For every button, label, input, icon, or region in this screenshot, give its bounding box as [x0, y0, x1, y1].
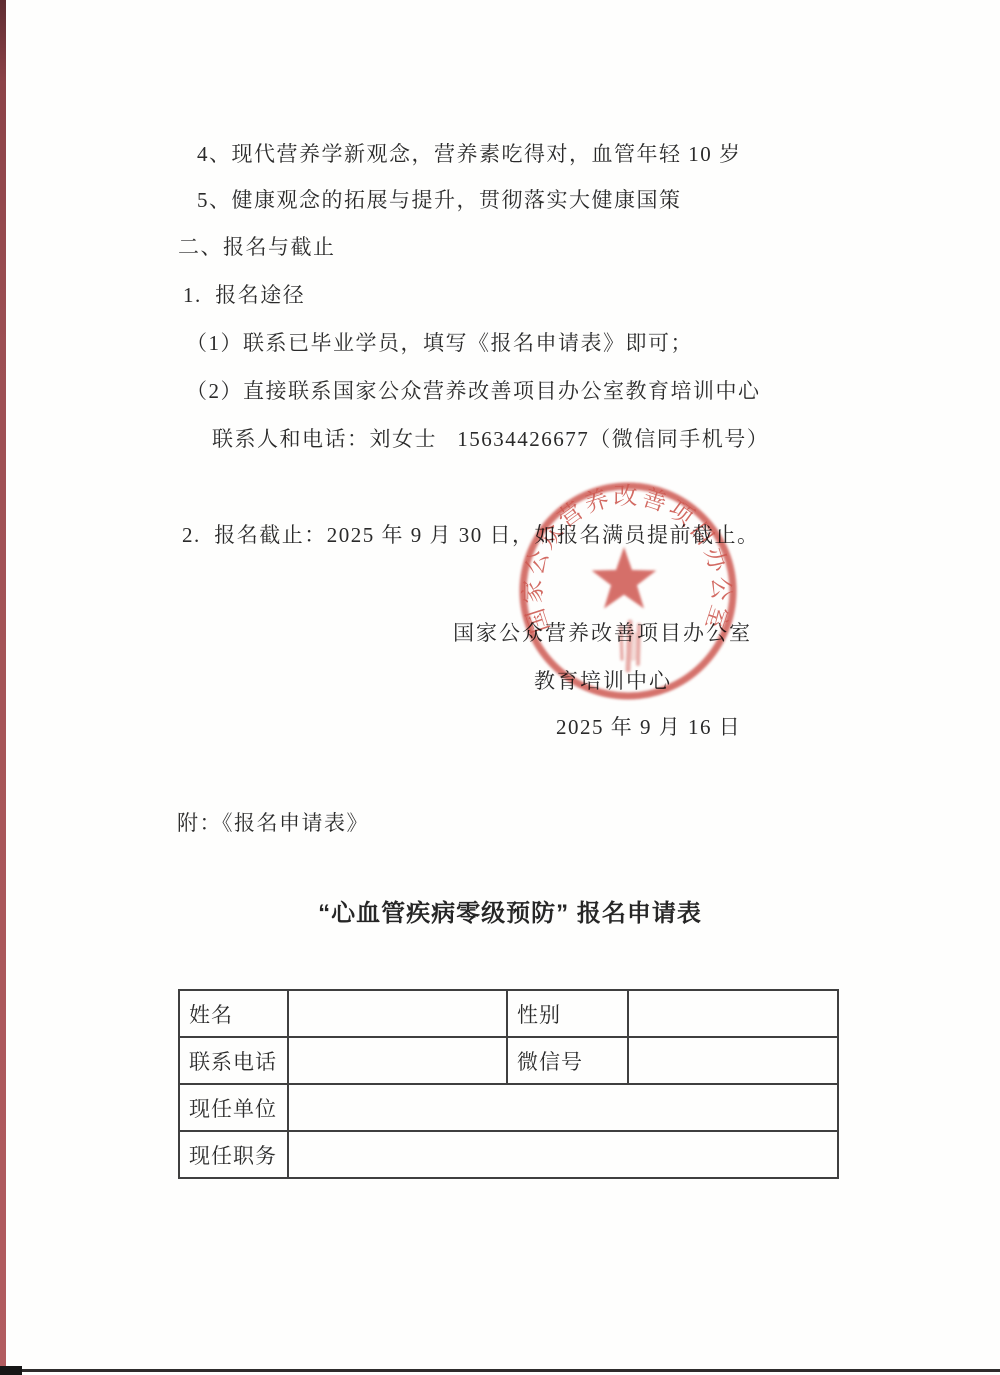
form-title: “心血管疾病零级预防” 报名申请表: [180, 893, 840, 928]
list-item-5: 5、健康观念的拓展与提升，贯彻落实大健康国策: [197, 184, 682, 214]
stamp-graphics: 国家公众营养改善项目办公室: [520, 483, 733, 696]
name-value-cell: [288, 990, 507, 1037]
scan-edge-left: [0, 0, 6, 1375]
stamp-star-icon: [592, 547, 657, 609]
attachment-note: 附：《报名申请表》: [177, 807, 369, 837]
scanned-document-page: 4、现代营养学新观念，营养素吃得对，血管年轻 10 岁 5、健康观念的拓展与提升…: [0, 0, 1000, 1375]
phone-value-cell: [288, 1037, 507, 1084]
table-row: 现任职务: [179, 1131, 838, 1178]
table-row: 姓名 性别: [179, 990, 838, 1037]
application-form-table: 姓名 性别 联系电话 微信号 现任单位 现任职务: [178, 989, 839, 1179]
table-row: 现任单位: [179, 1084, 838, 1131]
contact-line: 联系人和电话：刘女士 15634426677（微信同手机号）: [212, 423, 769, 453]
scan-corner-mark: [0, 1366, 22, 1375]
method-1-line: （1）联系已毕业学员，填写《报名申请表》即可；: [186, 327, 693, 357]
employer-value-cell: [288, 1084, 838, 1131]
enroll-path-heading: 1. 报名途径: [183, 279, 305, 309]
section-heading-2: 二、报名与截止: [178, 231, 336, 261]
employer-label-cell: 现任单位: [179, 1084, 288, 1131]
list-item-4: 4、现代营养学新观念，营养素吃得对，血管年轻 10 岁: [197, 138, 742, 168]
name-label-cell: 姓名: [179, 990, 288, 1037]
gender-value-cell: [628, 990, 838, 1037]
position-value-cell: [288, 1131, 838, 1178]
wechat-value-cell: [628, 1037, 838, 1084]
method-2-line: （2）直接联系国家公众营养改善项目办公室教育培训中心: [186, 375, 761, 405]
official-seal-stamp-icon: 国家公众营养改善项目办公室: [512, 474, 744, 706]
stamp-ink-smudge: [621, 622, 640, 670]
gender-label-cell: 性别: [507, 990, 628, 1037]
wechat-label-cell: 微信号: [507, 1037, 628, 1084]
phone-label-cell: 联系电话: [179, 1037, 288, 1084]
position-label-cell: 现任职务: [179, 1131, 288, 1178]
table-row: 联系电话 微信号: [179, 1037, 838, 1084]
signature-date: 2025 年 9 月 16 日: [556, 711, 741, 741]
scan-edge-bottom: [0, 1369, 1000, 1372]
